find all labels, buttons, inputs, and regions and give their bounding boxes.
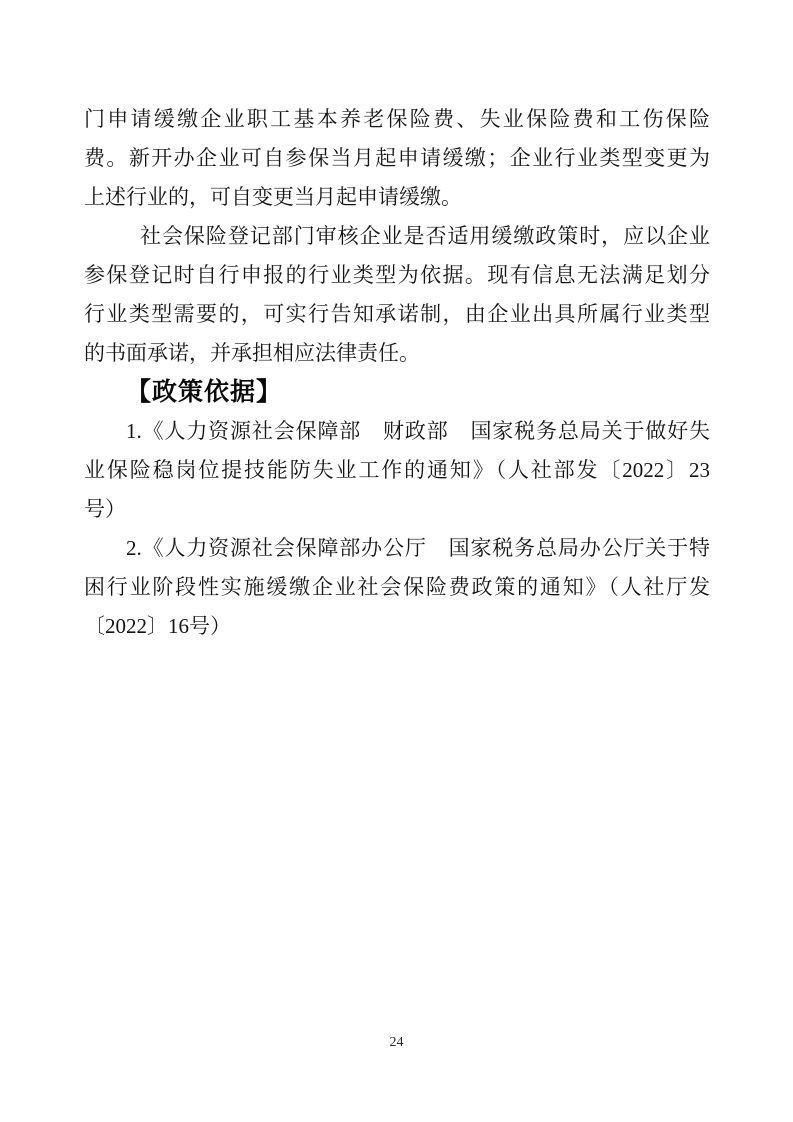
policy-item-line: 号） xyxy=(84,490,710,529)
policy-item-line: 2.《人力资源社会保障部办公厅 国家税务总局办公厅关于特 xyxy=(84,529,710,568)
section-heading-policy-basis: 【政策依据】 xyxy=(84,373,710,412)
policy-item-line: 〔2022〕16号） xyxy=(84,607,710,646)
policy-item-line: 困行业阶段性实施缓缴企业社会保险费政策的通知》（人社厅发 xyxy=(84,568,710,607)
body-line: 行业类型需要的，可实行告知承诺制，由企业出具所属行业类型 xyxy=(84,295,710,334)
policy-item-line: 1.《人力资源社会保障部 财政部 国家税务总局关于做好失 xyxy=(84,412,710,451)
body-line: 门申请缓缴企业职工基本养老保险费、失业保险费和工伤保险 xyxy=(84,100,710,139)
body-line: 费。新开办企业可自参保当月起申请缓缴；企业行业类型变更为 xyxy=(84,139,710,178)
page-number: 24 xyxy=(390,1035,404,1050)
body-line: 社会保险登记部门审核企业是否适用缓缴政策时，应以企业 xyxy=(84,217,710,256)
page-footer: 24 xyxy=(0,1033,793,1053)
document-body: 门申请缓缴企业职工基本养老保险费、失业保险费和工伤保险 费。新开办企业可自参保当… xyxy=(84,100,710,646)
document-page: 门申请缓缴企业职工基本养老保险费、失业保险费和工伤保险 费。新开办企业可自参保当… xyxy=(0,0,793,1122)
policy-item-line: 业保险稳岗位提技能防失业工作的通知》（人社部发〔2022〕23 xyxy=(84,451,710,490)
body-line: 参保登记时自行申报的行业类型为依据。现有信息无法满足划分 xyxy=(84,256,710,295)
body-line: 上述行业的，可自变更当月起申请缓缴。 xyxy=(84,178,710,217)
body-line: 的书面承诺，并承担相应法律责任。 xyxy=(84,334,710,373)
